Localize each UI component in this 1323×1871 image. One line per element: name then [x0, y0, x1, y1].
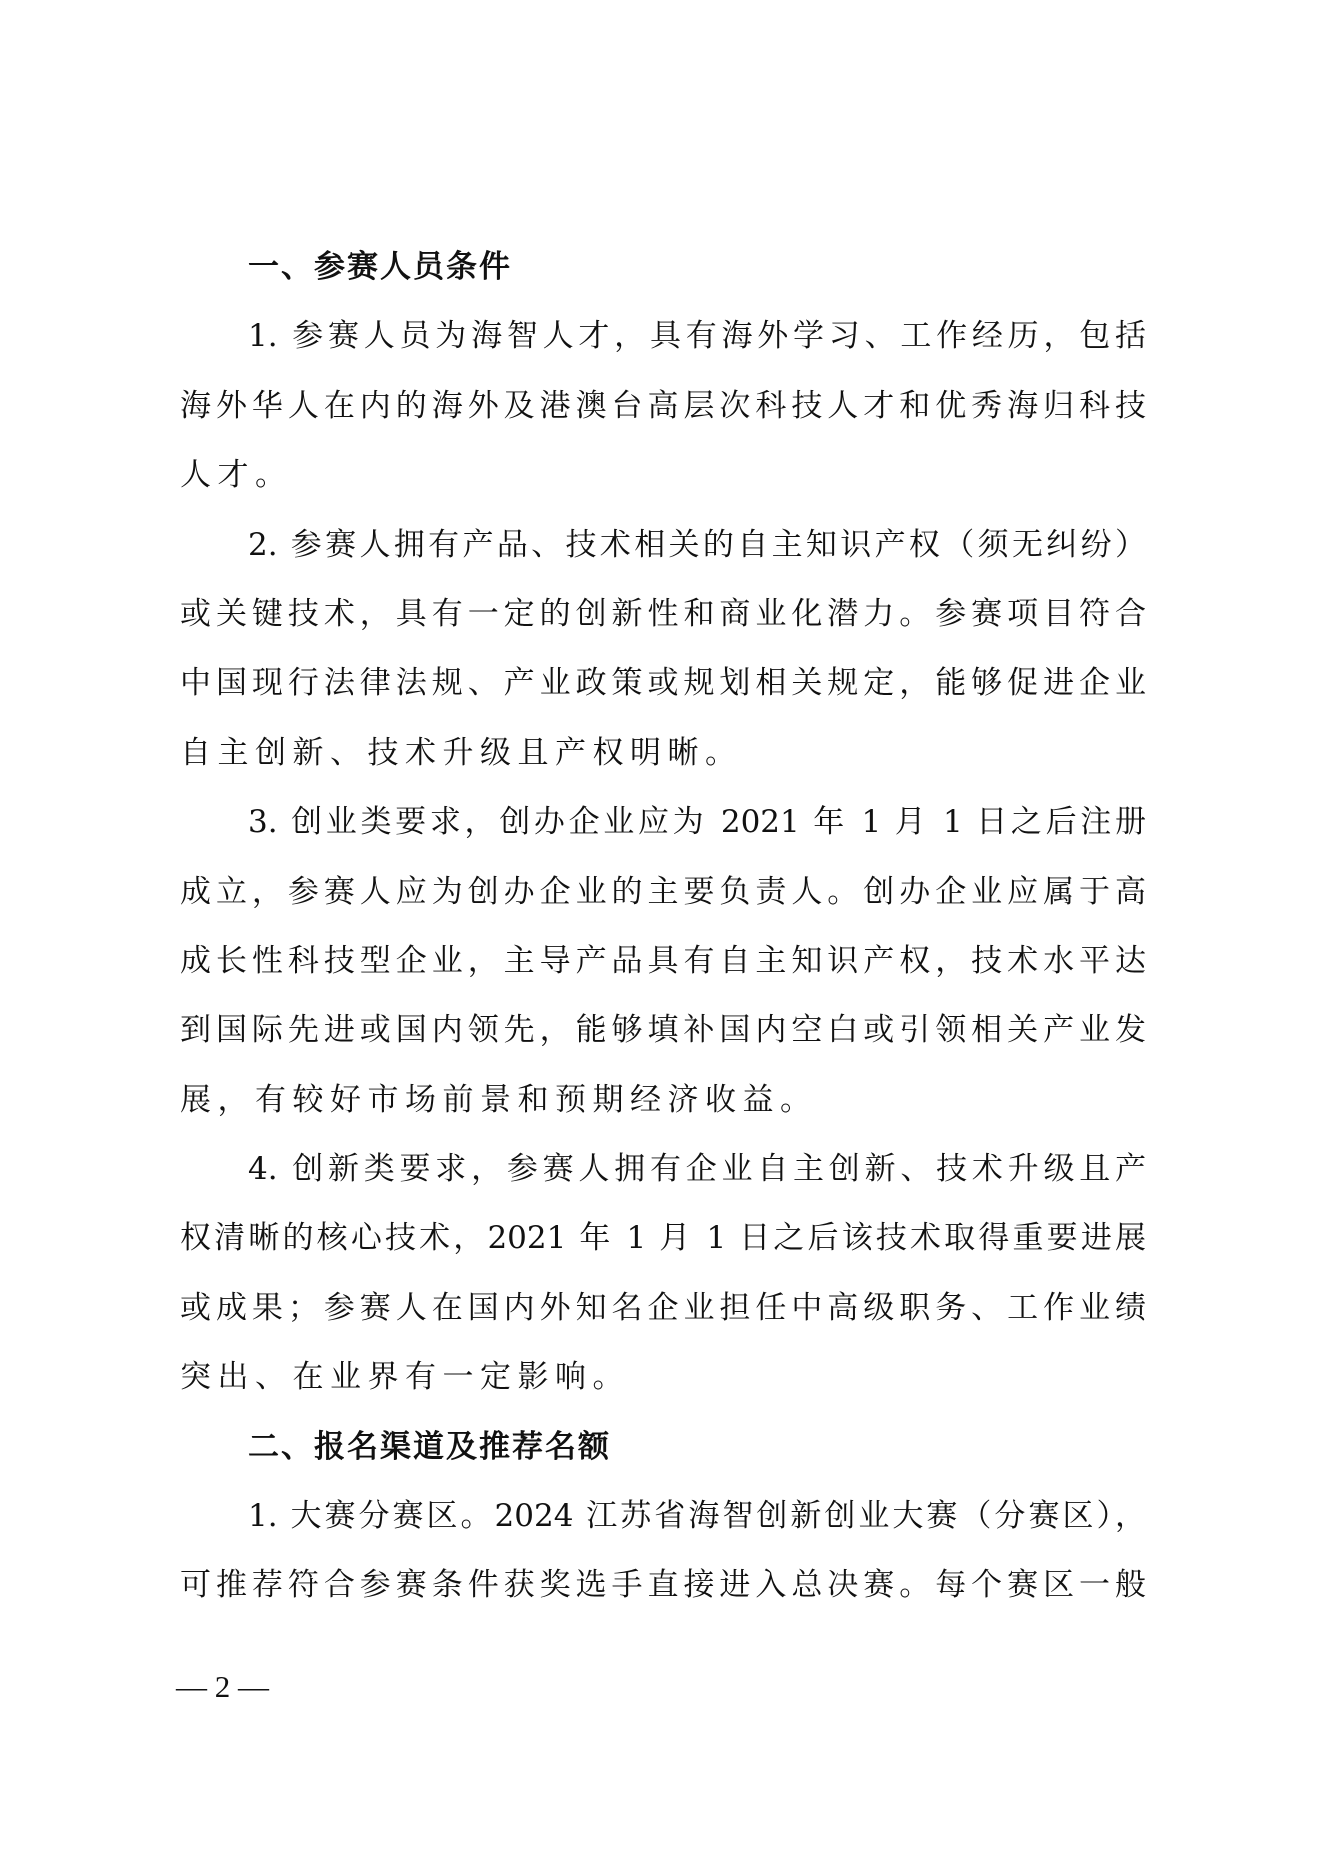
- paragraph-line: 中国现行法律法规、产业政策或规划相关规定，能够促进企业: [180, 649, 1146, 718]
- paragraph-line: 人才。: [180, 441, 1146, 510]
- section-heading-2: 二、报名渠道及推荐名额: [180, 1413, 1146, 1482]
- paragraph-line: 权清晰的核心技术，2021 年 1 月 1 日之后该技术取得重要进展: [180, 1204, 1146, 1273]
- paragraph-line: 展，有较好市场前景和预期经济收益。: [180, 1066, 1146, 1135]
- paragraph-1-2: 2. 参赛人拥有产品、技术相关的自主知识产权（须无纠纷） 或关键技术，具有一定的…: [180, 511, 1146, 789]
- paragraph-line: 或关键技术，具有一定的创新性和商业化潜力。参赛项目符合: [180, 580, 1146, 649]
- paragraph-2-1: 1. 大赛分赛区。2024 江苏省海智创新创业大赛（分赛区）， 可推荐符合参赛条…: [180, 1482, 1146, 1621]
- paragraph-line: 成长性科技型企业，主导产品具有自主知识产权，技术水平达: [180, 927, 1146, 996]
- paragraph-line: 突出、在业界有一定影响。: [180, 1343, 1146, 1412]
- section-heading-1: 一、参赛人员条件: [180, 233, 1146, 302]
- paragraph-line: 4. 创新类要求，参赛人拥有企业自主创新、技术升级且产: [180, 1135, 1146, 1204]
- paragraph-line: 可推荐符合参赛条件获奖选手直接进入总决赛。每个赛区一般: [180, 1551, 1146, 1620]
- paragraph-line: 到国际先进或国内领先，能够填补国内空白或引领相关产业发: [180, 996, 1146, 1065]
- paragraph-line: 自主创新、技术升级且产权明晰。: [180, 719, 1146, 788]
- paragraph-1-4: 4. 创新类要求，参赛人拥有企业自主创新、技术升级且产 权清晰的核心技术，202…: [180, 1135, 1146, 1413]
- paragraph-line: 或成果；参赛人在国内外知名企业担任中高级职务、工作业绩: [180, 1274, 1146, 1343]
- paragraph-line: 2. 参赛人拥有产品、技术相关的自主知识产权（须无纠纷）: [180, 511, 1146, 580]
- paragraph-line: 海外华人在内的海外及港澳台高层次科技人才和优秀海归科技: [180, 372, 1146, 441]
- document-page: 一、参赛人员条件 1. 参赛人员为海智人才，具有海外学习、工作经历，包括 海外华…: [0, 0, 1323, 1871]
- paragraph-1-1: 1. 参赛人员为海智人才，具有海外学习、工作经历，包括 海外华人在内的海外及港澳…: [180, 302, 1146, 510]
- page-number: — 2 —: [176, 1668, 269, 1706]
- paragraph-line: 1. 参赛人员为海智人才，具有海外学习、工作经历，包括: [180, 302, 1146, 371]
- paragraph-line: 3. 创业类要求，创办企业应为 2021 年 1 月 1 日之后注册: [180, 788, 1146, 857]
- paragraph-line: 1. 大赛分赛区。2024 江苏省海智创新创业大赛（分赛区），: [180, 1482, 1146, 1551]
- paragraph-1-3: 3. 创业类要求，创办企业应为 2021 年 1 月 1 日之后注册 成立，参赛…: [180, 788, 1146, 1135]
- paragraph-line: 成立，参赛人应为创办企业的主要负责人。创办企业应属于高: [180, 858, 1146, 927]
- body-text: 一、参赛人员条件 1. 参赛人员为海智人才，具有海外学习、工作经历，包括 海外华…: [180, 233, 1146, 1621]
